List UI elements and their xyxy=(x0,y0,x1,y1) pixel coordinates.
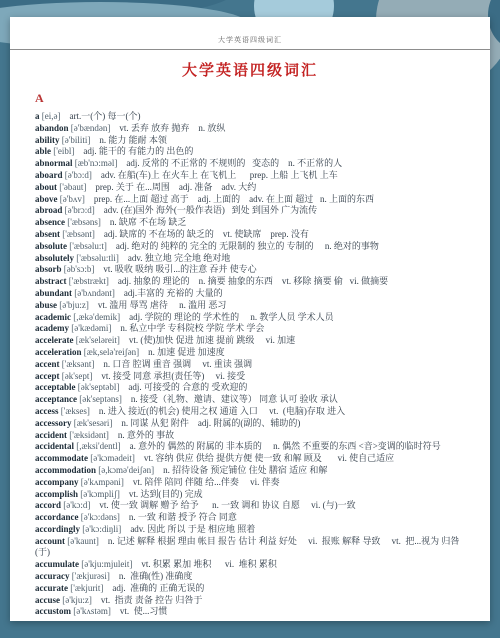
entry-definition: n. 接受（礼物、邀请、建议等） 同意 认可 验收 承认 xyxy=(131,394,338,404)
entry-word: accordance xyxy=(35,512,78,522)
entry-word: accustom xyxy=(35,606,71,616)
dict-entry: absolutely ['æbsəlu:tli] adv. 独立地 完全地 绝对… xyxy=(35,253,472,265)
entry-word: accompany xyxy=(35,477,79,487)
entry-phonetic: [ə'kʌmpəni] xyxy=(79,477,133,487)
entry-definition: vt. 容纳 供应 供给 提供方便 使一致 和解 顾及 vi. 使自己适应 xyxy=(144,453,394,463)
entry-word: abundant xyxy=(35,288,72,298)
entry-phonetic: [ək'septəns] xyxy=(77,394,131,404)
entry-word: accommodation xyxy=(35,465,96,475)
entry-definition: vt. 使一致 调解 赠予 给予 n. 一致 调和 协议 自愿 vi. (与)一… xyxy=(99,500,355,510)
dict-entry: abandon [ə'bændən] vt. 丢弃 放弃 抛弃 n. 放纵 xyxy=(35,123,472,135)
entry-word: abnormal xyxy=(35,158,73,168)
entry-phonetic: [ə'kʌstəm] xyxy=(71,606,120,616)
entry-definition: vt. 滥用 辱骂 虐待 n. 滥用 恶习 xyxy=(98,300,227,310)
dict-entry: abundant [ə'bʌndənt] adj.丰富的 充裕的 大量的 xyxy=(35,288,472,300)
entry-phonetic: ['æbsəns] xyxy=(65,217,110,227)
entry-phonetic: ['ækjurit] xyxy=(68,583,112,593)
entry-word: accent xyxy=(35,359,60,369)
entry-phonetic: [ə'kju:mjuleit] xyxy=(79,559,141,569)
dict-entry: ability [ə'biliti] n. 能力 能耐 本领 xyxy=(35,135,472,147)
entry-phonetic: ['æksənt] xyxy=(60,359,104,369)
dict-entry: abuse [ə'bju:z] vt. 滥用 辱骂 虐待 n. 滥用 恶习 xyxy=(35,300,472,312)
dict-entry: accordance [ə'kɔ:dəns] n. 一致 和谐 授予 符合 同意 xyxy=(35,512,472,524)
entry-word: acceptable xyxy=(35,382,76,392)
entry-phonetic: [ə'kɔ:dəns] xyxy=(78,512,128,522)
entry-definition: vt. 积累 累加 堆积 vi. 堆积 累积 xyxy=(141,559,277,569)
dict-entry: accurate ['ækjurit] adj. 准确的 正确无误的 xyxy=(35,583,472,595)
entry-word: academic xyxy=(35,312,71,322)
entry-definition: a. 意外的 偶然的 附属的 非本质的 n. 偶然 不重要的东西 <音>变调的临… xyxy=(130,441,441,451)
entry-phonetic: ['æbsəlu:t] xyxy=(67,241,116,251)
dict-entry: accept [ək'sept] vt. 接受 同意 承担(责任等) vi. 接… xyxy=(35,371,472,383)
entry-phonetic: ['æbsənt] xyxy=(60,229,104,239)
entry-word: absent xyxy=(35,229,60,239)
dict-entry: access ['ækses] n. 进入 接近(的机会) 使用之权 通道 入口… xyxy=(35,406,472,418)
entry-word: academy xyxy=(35,323,69,333)
entry-phonetic: [ei,ə] xyxy=(40,111,70,121)
dict-entry: accidental [,æksi'dentl] a. 意外的 偶然的 附属的 … xyxy=(35,441,472,453)
entry-word: abuse xyxy=(35,300,57,310)
entry-word: access xyxy=(35,406,59,416)
entry-phonetic: ['ækses] xyxy=(59,406,99,416)
entry-word: absence xyxy=(35,217,65,227)
dict-entry: acceptance [ək'septəns] n. 接受（礼物、邀请、建议等）… xyxy=(35,394,472,406)
entry-definition: n. 能力 能耐 本领 xyxy=(99,135,167,145)
dict-entry: aboard [ə'bɔ:d] adv. 在船(车)上 在火车上 在飞机上 pr… xyxy=(35,170,472,182)
entry-definition: n. 招待设备 预定铺位 住处 膳宿 适应 和解 xyxy=(163,465,327,475)
entry-definition: prep. 关于 在...周围 adj. 准备 adv. 大约 xyxy=(95,182,256,192)
entry-word: accordingly xyxy=(35,524,80,534)
entry-phonetic: ['ækjurəsi] xyxy=(69,571,118,581)
entry-word: accuracy xyxy=(35,571,69,581)
entry-phonetic: [ə,kɔmə'deiʃən] xyxy=(96,465,163,475)
entry-word: absolutely xyxy=(35,253,74,263)
entry-phonetic: [ək'septəbl] xyxy=(76,382,129,392)
dict-entry: accessory [æk'sesəri] n. 同谋 从犯 附件 adj. 附… xyxy=(35,418,472,430)
entry-phonetic: [ə'kaunt] xyxy=(65,536,108,546)
entry-word: acceptance xyxy=(35,394,77,404)
running-header: 大学英语四级词汇 xyxy=(10,35,490,45)
entry-definition: n. 口音 腔调 重音 强调 vt. 重读 强调 xyxy=(103,359,252,369)
section-letter: A xyxy=(35,91,490,106)
entry-word: absolute xyxy=(35,241,67,251)
entry-definition: vt. 指责 责备 控告 归咎于 xyxy=(101,595,203,605)
entry-definition: adj.丰富的 充裕的 大量的 xyxy=(124,288,223,298)
entry-word: able xyxy=(35,146,51,156)
dict-entry: accordingly [ə'kɔ:diŋli] adv. 因此 所以 于是 相… xyxy=(35,524,472,536)
document-page: 大学英语四级词汇 大学英语四级词汇 A a [ei,ə] art.一(个) 每一… xyxy=(10,17,490,621)
dict-entry: able ['eibl] adj. 能干的 有能力的 出色的 xyxy=(35,146,472,158)
entry-phonetic: [ə'bʌv] xyxy=(58,194,94,204)
dict-entry: accelerate [æk'seləreit] vt. (使)加快 促进 加速… xyxy=(35,335,472,347)
entry-phonetic: ['eibl] xyxy=(51,146,83,156)
entry-word: above xyxy=(35,194,58,204)
entry-word: accommodate xyxy=(35,453,88,463)
entry-phonetic: [æk,selə'reiʃən] xyxy=(81,347,148,357)
dict-entry: about ['əbaut] prep. 关于 在...周围 adj. 准备 a… xyxy=(35,182,472,194)
dict-entry: accomplish [ə'kɔmpliʃ] vt. 达到(目的) 完成 xyxy=(35,489,472,501)
entry-word: abroad xyxy=(35,205,62,215)
entry-definition: vt. 丢弃 放弃 抛弃 n. 放纵 xyxy=(119,123,225,133)
entry-phonetic: [ə'kædəmi] xyxy=(69,323,120,333)
entry-definition: n. 一致 和谐 授予 符合 同意 xyxy=(129,512,237,522)
entry-word: accept xyxy=(35,371,60,381)
entry-phonetic: [æk'seləreit] xyxy=(73,335,128,345)
dict-entry: acceleration [æk,selə'reiʃən] n. 加速 促进 加… xyxy=(35,347,472,359)
entry-phonetic: [ə'bʌndənt] xyxy=(72,288,124,298)
entry-phonetic: [ə'bɔ:d] xyxy=(63,170,101,180)
entry-definition: vt. 吸收 吸纳 吸引...的注意 吞并 使专心 xyxy=(103,264,256,274)
entry-word: accident xyxy=(35,430,67,440)
entry-phonetic: [ə'kɔ:d] xyxy=(61,500,99,510)
entry-definition: adj. 准确的 正确无误的 xyxy=(112,583,204,593)
entry-phonetic: [ə'bændən] xyxy=(69,123,120,133)
entry-definition: vt. 使...习惯 xyxy=(120,606,168,616)
entry-definition: adv. 因此 所以 于是 相应地 照着 xyxy=(130,524,255,534)
entry-word: abandon xyxy=(35,123,69,133)
entry-phonetic: [æk'sesəri] xyxy=(71,418,121,428)
header-rule xyxy=(10,49,490,50)
entry-word: about xyxy=(35,182,57,192)
entry-phonetic: ['əbaut] xyxy=(57,182,95,192)
dict-entry: abstract ['æbstrækt] adj. 抽象的 理论的 n. 摘要 … xyxy=(35,276,472,288)
entry-phonetic: ['æbsəlu:tli] xyxy=(74,253,128,263)
entry-definition: adj. 反常的 不正常的 不规则的 变态的 n. 不正常的人 xyxy=(126,158,342,168)
entry-word: accord xyxy=(35,500,61,510)
dict-entry: account [ə'kaunt] n. 记述 解释 根据 理由 帐目 报告 估… xyxy=(35,536,472,560)
entry-definition: adv. 独立地 完全地 绝对地 xyxy=(128,253,230,263)
entry-word: accessory xyxy=(35,418,71,428)
dict-entry: absorb [əb'sɔ:b] vt. 吸收 吸纳 吸引...的注意 吞并 使… xyxy=(35,264,472,276)
entry-definition: adv. 在船(车)上 在火车上 在飞机上 prep. 上船 上飞机 上车 xyxy=(101,170,338,180)
entry-definition: vt. 达到(目的) 完成 xyxy=(129,489,203,499)
dict-entry: accord [ə'kɔ:d] vt. 使一致 调解 赠予 给予 n. 一致 调… xyxy=(35,500,472,512)
dict-entry: a [ei,ə] art.一(个) 每一(个) xyxy=(35,111,472,123)
entry-phonetic: [ək'sept] xyxy=(60,371,102,381)
entry-phonetic: [əb'sɔ:b] xyxy=(62,264,104,274)
entry-phonetic: [ə'brɔ:d] xyxy=(62,205,103,215)
entry-definition: n. 私立中学 专科院校 学院 学术 学会 xyxy=(120,323,264,333)
entry-phonetic: [ə'bju:z] xyxy=(57,300,98,310)
dict-entry: abroad [ə'brɔ:d] adv. (在)国外 海外(一般作表语) 到处… xyxy=(35,205,472,217)
dict-entry: accuracy ['ækjurəsi] n. 准确(性) 准确度 xyxy=(35,571,472,583)
entry-definition: adj. 抽象的 理论的 n. 摘要 抽象的东西 vt. 移除 摘要 偷 vi.… xyxy=(118,276,388,286)
entry-definition: vt. 陪伴 陪同 伴随 给...伴奏 vi. 伴奏 xyxy=(133,477,280,487)
entry-definition: adj. 绝对的 纯粹的 完全的 无限制的 独立的 专制的 n. 绝对的事物 xyxy=(116,241,379,251)
dict-entry: accommodation [ə,kɔmə'deiʃən] n. 招待设备 预定… xyxy=(35,465,472,477)
entry-word: abstract xyxy=(35,276,67,286)
entry-phonetic: ['æbstrækt] xyxy=(67,276,118,286)
dict-entry: absent ['æbsənt] adj. 缺席的 不在场的 缺乏的 vt. 使… xyxy=(35,229,472,241)
dict-entry: accompany [ə'kʌmpəni] vt. 陪伴 陪同 伴随 给...伴… xyxy=(35,477,472,489)
entry-word: ability xyxy=(35,135,60,145)
entry-definition: n. 意外的 事故 xyxy=(118,430,174,440)
entry-definition: adj. 学院的 理论的 学术性的 n. 教学人员 学术人员 xyxy=(129,312,334,322)
entry-definition: n. 同谋 从犯 附件 adj. 附属的(副的、辅助的) xyxy=(121,418,300,428)
dict-entry: abnormal [æb'nɔ:məl] adj. 反常的 不正常的 不规则的 … xyxy=(35,158,472,170)
entry-phonetic: [,æksi'dentl] xyxy=(74,441,130,451)
entry-definition: n. 准确(性) 准确度 xyxy=(119,571,193,581)
entry-phonetic: [ə'biliti] xyxy=(60,135,100,145)
dict-entry: absolute ['æbsəlu:t] adj. 绝对的 纯粹的 完全的 无限… xyxy=(35,241,472,253)
dict-entry: accustom [ə'kʌstəm] vt. 使...习惯 xyxy=(35,606,472,618)
entry-word: accelerate xyxy=(35,335,73,345)
entry-list: a [ei,ə] art.一(个) 每一(个)abandon [ə'bændən… xyxy=(10,108,490,618)
entry-definition: vt. (使)加快 促进 加速 提前 跳级 vi. 加速 xyxy=(129,335,295,345)
entry-definition: vt. 接受 同意 承担(责任等) vi. 接受 xyxy=(101,371,245,381)
entry-word: aboard xyxy=(35,170,63,180)
entry-definition: art.一(个) 每一(个) xyxy=(69,111,140,121)
entry-definition: adj. 可接受的 合意的 受欢迎的 xyxy=(128,382,247,392)
entry-definition: adj. 缺席的 不在场的 缺乏的 vt. 使缺席 prep. 没有 xyxy=(104,229,309,239)
entry-word: acceleration xyxy=(35,347,81,357)
entry-word: absorb xyxy=(35,264,62,274)
dict-entry: accent ['æksənt] n. 口音 腔调 重音 强调 vt. 重读 强… xyxy=(35,359,472,371)
entry-definition: n. 加速 促进 加速度 xyxy=(148,347,225,357)
dict-entry: accident ['æksidənt] n. 意外的 事故 xyxy=(35,430,472,442)
entry-word: accidental xyxy=(35,441,74,451)
entry-phonetic: [ə'kɔmədeit] xyxy=(88,453,144,463)
entry-word: accumulate xyxy=(35,559,79,569)
dict-entry: acceptable [ək'septəbl] adj. 可接受的 合意的 受欢… xyxy=(35,382,472,394)
dict-entry: accumulate [ə'kju:mjuleit] vt. 积累 累加 堆积 … xyxy=(35,559,472,571)
entry-phonetic: [ə'kju:z] xyxy=(60,595,101,605)
entry-word: accomplish xyxy=(35,489,78,499)
dict-entry: accuse [ə'kju:z] vt. 指责 责备 控告 归咎于 xyxy=(35,595,472,607)
dict-entry: academic [,ækə'demik] adj. 学院的 理论的 学术性的 … xyxy=(35,312,472,324)
entry-phonetic: [ə'kɔmpliʃ] xyxy=(78,489,129,499)
entry-phonetic: [ə'kɔ:diŋli] xyxy=(80,524,130,534)
dict-entry: accommodate [ə'kɔmədeit] vt. 容纳 供应 供给 提供… xyxy=(35,453,472,465)
entry-definition: adv. (在)国外 海外(一般作表语) 到处 到国外 广为流传 xyxy=(104,205,317,215)
dict-entry: above [ə'bʌv] prep. 在...上面 超过 高于 adj. 上面… xyxy=(35,194,472,206)
entry-definition: n. 缺席 不在场 缺乏 xyxy=(110,217,187,227)
entry-word: accurate xyxy=(35,583,68,593)
entry-word: accuse xyxy=(35,595,60,605)
entry-definition: prep. 在...上面 超过 高于 adj. 上面的 adv. 在上面 超过 … xyxy=(94,194,374,204)
entry-phonetic: [,ækə'demik] xyxy=(71,312,129,322)
page-title: 大学英语四级词汇 xyxy=(10,59,490,80)
entry-definition: adj. 能干的 有能力的 出色的 xyxy=(83,146,193,156)
dict-entry: absence ['æbsəns] n. 缺席 不在场 缺乏 xyxy=(35,217,472,229)
entry-phonetic: ['æksidənt] xyxy=(67,430,118,440)
entry-word: account xyxy=(35,536,65,546)
dict-entry: academy [ə'kædəmi] n. 私立中学 专科院校 学院 学术 学会 xyxy=(35,323,472,335)
entry-phonetic: [æb'nɔ:məl] xyxy=(73,158,127,168)
entry-definition: n. 进入 接近(的机会) 使用之权 通道 入口 vt. (电脑)存取 进入 xyxy=(99,406,345,416)
